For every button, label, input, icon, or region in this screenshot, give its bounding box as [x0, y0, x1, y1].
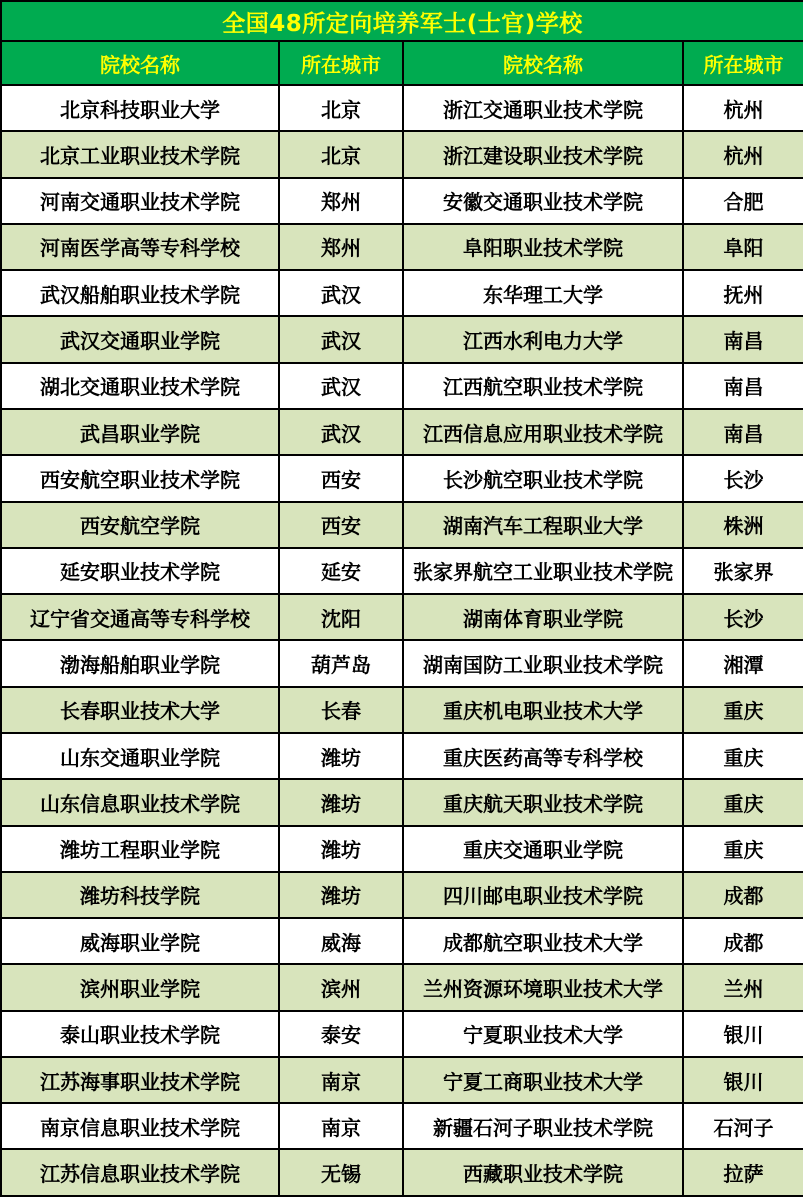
city-cell: 南昌 — [683, 363, 803, 409]
school-name-cell: 四川邮电职业技术学院 — [403, 872, 683, 918]
school-name-cell: 东华理工大学 — [403, 270, 683, 316]
school-name-cell: 南京信息职业技术学院 — [1, 1103, 279, 1149]
school-name-cell: 武昌职业学院 — [1, 409, 279, 455]
school-name-cell: 重庆交通职业学院 — [403, 826, 683, 872]
table-row: 渤海船舶职业学院葫芦岛湖南国防工业职业技术学院湘潭 — [1, 640, 803, 686]
city-cell: 株洲 — [683, 502, 803, 548]
table-row: 河南交通职业技术学院郑州安徽交通职业技术学院合肥 — [1, 178, 803, 224]
school-name-cell: 延安职业技术学院 — [1, 548, 279, 594]
city-cell: 潍坊 — [279, 872, 403, 918]
school-name-cell: 武汉船舶职业技术学院 — [1, 270, 279, 316]
city-cell: 重庆 — [683, 779, 803, 825]
city-cell: 杭州 — [683, 85, 803, 131]
table-row: 潍坊科技学院潍坊四川邮电职业技术学院成都 — [1, 872, 803, 918]
school-name-cell: 北京工业职业技术学院 — [1, 131, 279, 177]
school-name-cell: 安徽交通职业技术学院 — [403, 178, 683, 224]
school-name-cell: 武汉交通职业学院 — [1, 316, 279, 362]
school-name-cell: 北京科技职业大学 — [1, 85, 279, 131]
table-row: 辽宁省交通高等专科学校沈阳湖南体育职业学院长沙 — [1, 594, 803, 640]
school-name-cell: 山东信息职业技术学院 — [1, 779, 279, 825]
table-row: 北京科技职业大学北京浙江交通职业技术学院杭州 — [1, 85, 803, 131]
table-row: 延安职业技术学院延安张家界航空工业职业技术学院张家界 — [1, 548, 803, 594]
city-cell: 西安 — [279, 455, 403, 501]
table-row: 西安航空职业技术学院西安长沙航空职业技术学院长沙 — [1, 455, 803, 501]
page: 全国48所定向培养军士(士官)学校 院校名称 所在城市 院校名称 所在城市 北京… — [0, 0, 803, 1197]
city-cell: 南京 — [279, 1057, 403, 1103]
city-cell: 北京 — [279, 131, 403, 177]
school-name-cell: 渤海船舶职业学院 — [1, 640, 279, 686]
city-cell: 张家界 — [683, 548, 803, 594]
school-name-cell: 江西航空职业技术学院 — [403, 363, 683, 409]
city-cell: 重庆 — [683, 733, 803, 779]
school-name-cell: 阜阳职业技术学院 — [403, 224, 683, 270]
school-name-cell: 江苏海事职业技术学院 — [1, 1057, 279, 1103]
school-name-cell: 江西信息应用职业技术学院 — [403, 409, 683, 455]
city-cell: 南昌 — [683, 316, 803, 362]
school-name-cell: 西安航空职业技术学院 — [1, 455, 279, 501]
school-name-cell: 潍坊科技学院 — [1, 872, 279, 918]
city-cell: 银川 — [683, 1057, 803, 1103]
city-cell: 石河子 — [683, 1103, 803, 1149]
city-cell: 长沙 — [683, 455, 803, 501]
table-title: 全国48所定向培养军士(士官)学校 — [1, 1, 803, 41]
school-name-cell: 成都航空职业技术大学 — [403, 918, 683, 964]
school-name-cell: 张家界航空工业职业技术学院 — [403, 548, 683, 594]
city-cell: 湘潭 — [683, 640, 803, 686]
city-cell: 滨州 — [279, 964, 403, 1010]
table-row: 武昌职业学院武汉江西信息应用职业技术学院南昌 — [1, 409, 803, 455]
table-row: 长春职业技术大学长春重庆机电职业技术大学重庆 — [1, 687, 803, 733]
table-row: 武汉船舶职业技术学院武汉东华理工大学抚州 — [1, 270, 803, 316]
city-cell: 潍坊 — [279, 779, 403, 825]
table-row: 泰山职业技术学院泰安宁夏职业技术大学银川 — [1, 1011, 803, 1057]
table-row: 河南医学高等专科学校郑州阜阳职业技术学院阜阳 — [1, 224, 803, 270]
city-cell: 合肥 — [683, 178, 803, 224]
school-name-cell: 重庆机电职业技术大学 — [403, 687, 683, 733]
school-name-cell: 湖南汽车工程职业大学 — [403, 502, 683, 548]
city-cell: 成都 — [683, 872, 803, 918]
school-name-cell: 山东交通职业学院 — [1, 733, 279, 779]
school-name-cell: 浙江交通职业技术学院 — [403, 85, 683, 131]
school-name-cell: 兰州资源环境职业技术大学 — [403, 964, 683, 1010]
school-name-cell: 西藏职业技术学院 — [403, 1149, 683, 1196]
city-cell: 阜阳 — [683, 224, 803, 270]
school-table: 全国48所定向培养军士(士官)学校 院校名称 所在城市 院校名称 所在城市 北京… — [0, 0, 803, 1197]
school-name-cell: 威海职业学院 — [1, 918, 279, 964]
school-name-cell: 湖北交通职业技术学院 — [1, 363, 279, 409]
city-cell: 潍坊 — [279, 826, 403, 872]
city-cell: 杭州 — [683, 131, 803, 177]
city-cell: 南京 — [279, 1103, 403, 1149]
school-name-cell: 滨州职业学院 — [1, 964, 279, 1010]
city-cell: 泰安 — [279, 1011, 403, 1057]
city-cell: 沈阳 — [279, 594, 403, 640]
city-cell: 无锡 — [279, 1149, 403, 1196]
table-row: 江苏海事职业技术学院南京宁夏工商职业技术大学银川 — [1, 1057, 803, 1103]
school-name-cell: 长春职业技术大学 — [1, 687, 279, 733]
school-name-cell: 泰山职业技术学院 — [1, 1011, 279, 1057]
city-cell: 武汉 — [279, 270, 403, 316]
header-city-left: 所在城市 — [279, 41, 403, 85]
header-city-right: 所在城市 — [683, 41, 803, 85]
school-name-cell: 湖南体育职业学院 — [403, 594, 683, 640]
city-cell: 成都 — [683, 918, 803, 964]
table-row: 江苏信息职业技术学院无锡西藏职业技术学院拉萨 — [1, 1149, 803, 1196]
school-name-cell: 辽宁省交通高等专科学校 — [1, 594, 279, 640]
city-cell: 潍坊 — [279, 733, 403, 779]
title-row: 全国48所定向培养军士(士官)学校 — [1, 1, 803, 41]
city-cell: 银川 — [683, 1011, 803, 1057]
table-body: 北京科技职业大学北京浙江交通职业技术学院杭州北京工业职业技术学院北京浙江建设职业… — [1, 85, 803, 1196]
table-row: 山东交通职业学院潍坊重庆医药高等专科学校重庆 — [1, 733, 803, 779]
city-cell: 重庆 — [683, 826, 803, 872]
city-cell: 郑州 — [279, 178, 403, 224]
city-cell: 北京 — [279, 85, 403, 131]
school-name-cell: 江苏信息职业技术学院 — [1, 1149, 279, 1196]
city-cell: 郑州 — [279, 224, 403, 270]
table-row: 南京信息职业技术学院南京新疆石河子职业技术学院石河子 — [1, 1103, 803, 1149]
table-row: 武汉交通职业学院武汉江西水利电力大学南昌 — [1, 316, 803, 362]
city-cell: 武汉 — [279, 316, 403, 362]
table-row: 北京工业职业技术学院北京浙江建设职业技术学院杭州 — [1, 131, 803, 177]
school-name-cell: 西安航空学院 — [1, 502, 279, 548]
school-name-cell: 宁夏工商职业技术大学 — [403, 1057, 683, 1103]
school-name-cell: 河南医学高等专科学校 — [1, 224, 279, 270]
city-cell: 西安 — [279, 502, 403, 548]
table-row: 滨州职业学院滨州兰州资源环境职业技术大学兰州 — [1, 964, 803, 1010]
school-name-cell: 重庆航天职业技术学院 — [403, 779, 683, 825]
header-school-name-right: 院校名称 — [403, 41, 683, 85]
city-cell: 葫芦岛 — [279, 640, 403, 686]
city-cell: 重庆 — [683, 687, 803, 733]
table-row: 湖北交通职业技术学院武汉江西航空职业技术学院南昌 — [1, 363, 803, 409]
table-row: 潍坊工程职业学院潍坊重庆交通职业学院重庆 — [1, 826, 803, 872]
school-name-cell: 潍坊工程职业学院 — [1, 826, 279, 872]
city-cell: 长春 — [279, 687, 403, 733]
school-name-cell: 重庆医药高等专科学校 — [403, 733, 683, 779]
city-cell: 武汉 — [279, 409, 403, 455]
school-name-cell: 江西水利电力大学 — [403, 316, 683, 362]
school-name-cell: 新疆石河子职业技术学院 — [403, 1103, 683, 1149]
table-row: 威海职业学院威海成都航空职业技术大学成都 — [1, 918, 803, 964]
school-name-cell: 宁夏职业技术大学 — [403, 1011, 683, 1057]
school-name-cell: 长沙航空职业技术学院 — [403, 455, 683, 501]
header-school-name-left: 院校名称 — [1, 41, 279, 85]
school-name-cell: 河南交通职业技术学院 — [1, 178, 279, 224]
table-row: 西安航空学院西安湖南汽车工程职业大学株洲 — [1, 502, 803, 548]
city-cell: 长沙 — [683, 594, 803, 640]
table-row: 山东信息职业技术学院潍坊重庆航天职业技术学院重庆 — [1, 779, 803, 825]
city-cell: 南昌 — [683, 409, 803, 455]
school-name-cell: 湖南国防工业职业技术学院 — [403, 640, 683, 686]
city-cell: 延安 — [279, 548, 403, 594]
city-cell: 威海 — [279, 918, 403, 964]
city-cell: 武汉 — [279, 363, 403, 409]
city-cell: 兰州 — [683, 964, 803, 1010]
header-row: 院校名称 所在城市 院校名称 所在城市 — [1, 41, 803, 85]
school-name-cell: 浙江建设职业技术学院 — [403, 131, 683, 177]
city-cell: 抚州 — [683, 270, 803, 316]
city-cell: 拉萨 — [683, 1149, 803, 1196]
